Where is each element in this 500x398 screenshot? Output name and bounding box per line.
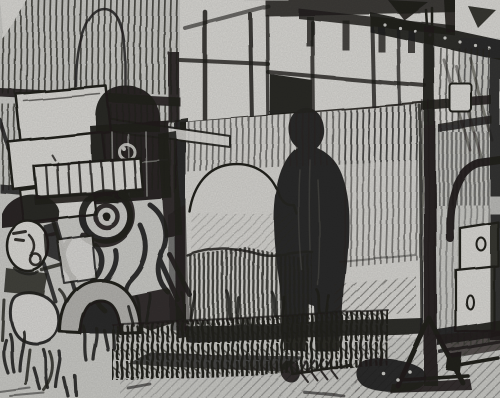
paper-grain — [0, 0, 500, 398]
artwork-frame — [0, 0, 500, 398]
artwork-canvas — [0, 0, 500, 398]
